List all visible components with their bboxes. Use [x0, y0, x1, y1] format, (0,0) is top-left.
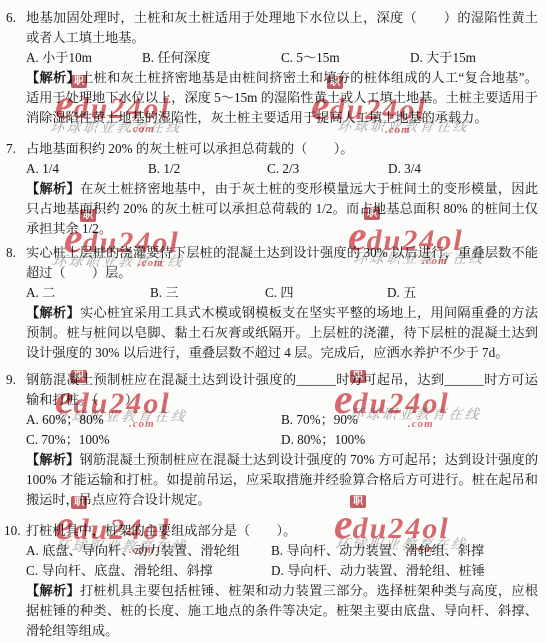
question-number: 6.	[6, 8, 16, 28]
analysis: 【解析】打桩机具主要包括桩锤、桩架和动力装置三部分。选择桩架种类与高度，应根据桩…	[26, 581, 538, 641]
options-grid: A. 60%；80% B. 70%；90% C. 70%；100% D. 80%…	[26, 410, 538, 450]
question-number: 10.	[4, 521, 20, 541]
analysis-text: 在灰土桩挤密地基中，由于灰土桩的变形模量远大于桩间土的变形模量，因此只占地基面积…	[26, 181, 538, 236]
options-row: A. 二 B. 三 C. 四 D. 五	[26, 283, 538, 303]
option-c: C. 导向杆、底盘、滑轮组、斜撑	[26, 561, 271, 581]
analysis-text: 土桩和灰土桩挤密地基是由桩间挤密土和填夯的桩体组成的人工“复合地基”。适用于处理…	[26, 70, 538, 125]
analysis: 【解析】钢筋混凝土预制桩应在混凝土达到设计强度的 70% 方可起吊；达到设计强度…	[26, 450, 538, 510]
option-d: D. 五	[387, 283, 538, 303]
option-d: D. 导向杆、动力装置、滑轮组、桩锤	[271, 561, 538, 581]
question-stem: 打桩机具中，桩架的主要组成部分是（ ）。	[26, 521, 538, 541]
option-a: A. 底盘、导向杆、动力装置、滑轮组	[26, 541, 271, 561]
exam-page: 6. 地基加固处理时，土桩和灰土桩适用于处理地下水位以上，深度（ ）的湿陷性黄土…	[0, 0, 546, 641]
option-b: B. 1/2	[148, 159, 267, 179]
option-a: A. 1/4	[26, 159, 148, 179]
analysis-label: 【解析】	[26, 583, 80, 598]
question-stem: 实心桩上层桩的浇灌要待下层桩的混凝土达到设计强度的 30% 以后进行，重叠层数不…	[26, 243, 538, 283]
question-6: 6. 地基加固处理时，土桩和灰土桩适用于处理地下水位以上，深度（ ）的湿陷性黄土…	[0, 8, 538, 128]
option-c: C. 70%；100%	[26, 430, 281, 450]
option-d: D. 大于15m	[410, 48, 538, 68]
analysis-label: 【解析】	[26, 70, 80, 85]
option-b: B. 导向杆、动力装置、滑轮组、斜撑	[271, 541, 538, 561]
option-b: B. 70%；90%	[281, 410, 538, 430]
options-row: A. 小于10m B. 任何深度 C. 5～15m D. 大于15m	[26, 48, 538, 68]
option-a: A. 二	[26, 283, 150, 303]
question-number: 9.	[6, 370, 16, 390]
options-grid: A. 底盘、导向杆、动力装置、滑轮组 B. 导向杆、动力装置、滑轮组、斜撑 C.…	[26, 541, 538, 581]
option-b: B. 三	[150, 283, 265, 303]
option-d: D. 3/4	[388, 159, 538, 179]
analysis-text: 实心桩宜采用工具式木模或钢模板支在坚实平整的场地上，用间隔重叠的方法预制。桩与桩…	[26, 305, 538, 360]
question-stem: 钢筋混凝土预制桩应在混凝土达到设计强度的______时方可起吊，达到______…	[26, 370, 538, 410]
analysis-label: 【解析】	[26, 452, 79, 467]
question-number: 8.	[6, 243, 16, 263]
question-number: 7.	[6, 139, 16, 159]
analysis-text: 打桩机具主要包括桩锤、桩架和动力装置三部分。选择桩架种类与高度，应根据桩锤的种类…	[26, 583, 538, 638]
option-b: B. 任何深度	[142, 48, 281, 68]
option-a: A. 小于10m	[26, 48, 142, 68]
option-c: C. 2/3	[267, 159, 388, 179]
analysis: 【解析】土桩和灰土桩挤密地基是由桩间挤密土和填夯的桩体组成的人工“复合地基”。适…	[26, 68, 538, 128]
analysis-label: 【解析】	[26, 181, 80, 196]
option-c: C. 四	[265, 283, 387, 303]
analysis: 【解析】在灰土桩挤密地基中，由于灰土桩的变形模量远大于桩间土的变形模量，因此只占…	[26, 179, 538, 239]
option-a: A. 60%；80%	[26, 410, 281, 430]
question-stem: 占地基面积约 20% 的灰土桩可以承担总荷载的（ ）。	[26, 139, 538, 159]
analysis-text: 钢筋混凝土预制桩应在混凝土达到设计强度的 70% 方可起吊；达到设计强度的 10…	[26, 452, 538, 507]
analysis-label: 【解析】	[26, 305, 80, 320]
options-row: A. 1/4 B. 1/2 C. 2/3 D. 3/4	[26, 159, 538, 179]
question-9: 9. 钢筋混凝土预制桩应在混凝土达到设计强度的______时方可起吊，达到___…	[0, 370, 538, 510]
question-8: 8. 实心桩上层桩的浇灌要待下层桩的混凝土达到设计强度的 30% 以后进行，重叠…	[0, 243, 538, 363]
option-d: D. 80%；100%	[281, 430, 538, 450]
question-stem: 地基加固处理时，土桩和灰土桩适用于处理地下水位以上，深度（ ）的湿陷性黄土或者人…	[26, 8, 538, 48]
analysis: 【解析】实心桩宜采用工具式木模或钢模板支在坚实平整的场地上，用间隔重叠的方法预制…	[26, 303, 538, 363]
question-7: 7. 占地基面积约 20% 的灰土桩可以承担总荷载的（ ）。 A. 1/4 B.…	[0, 139, 538, 239]
question-10: 10. 打桩机具中，桩架的主要组成部分是（ ）。 A. 底盘、导向杆、动力装置、…	[0, 521, 538, 641]
option-c: C. 5～15m	[281, 48, 410, 68]
